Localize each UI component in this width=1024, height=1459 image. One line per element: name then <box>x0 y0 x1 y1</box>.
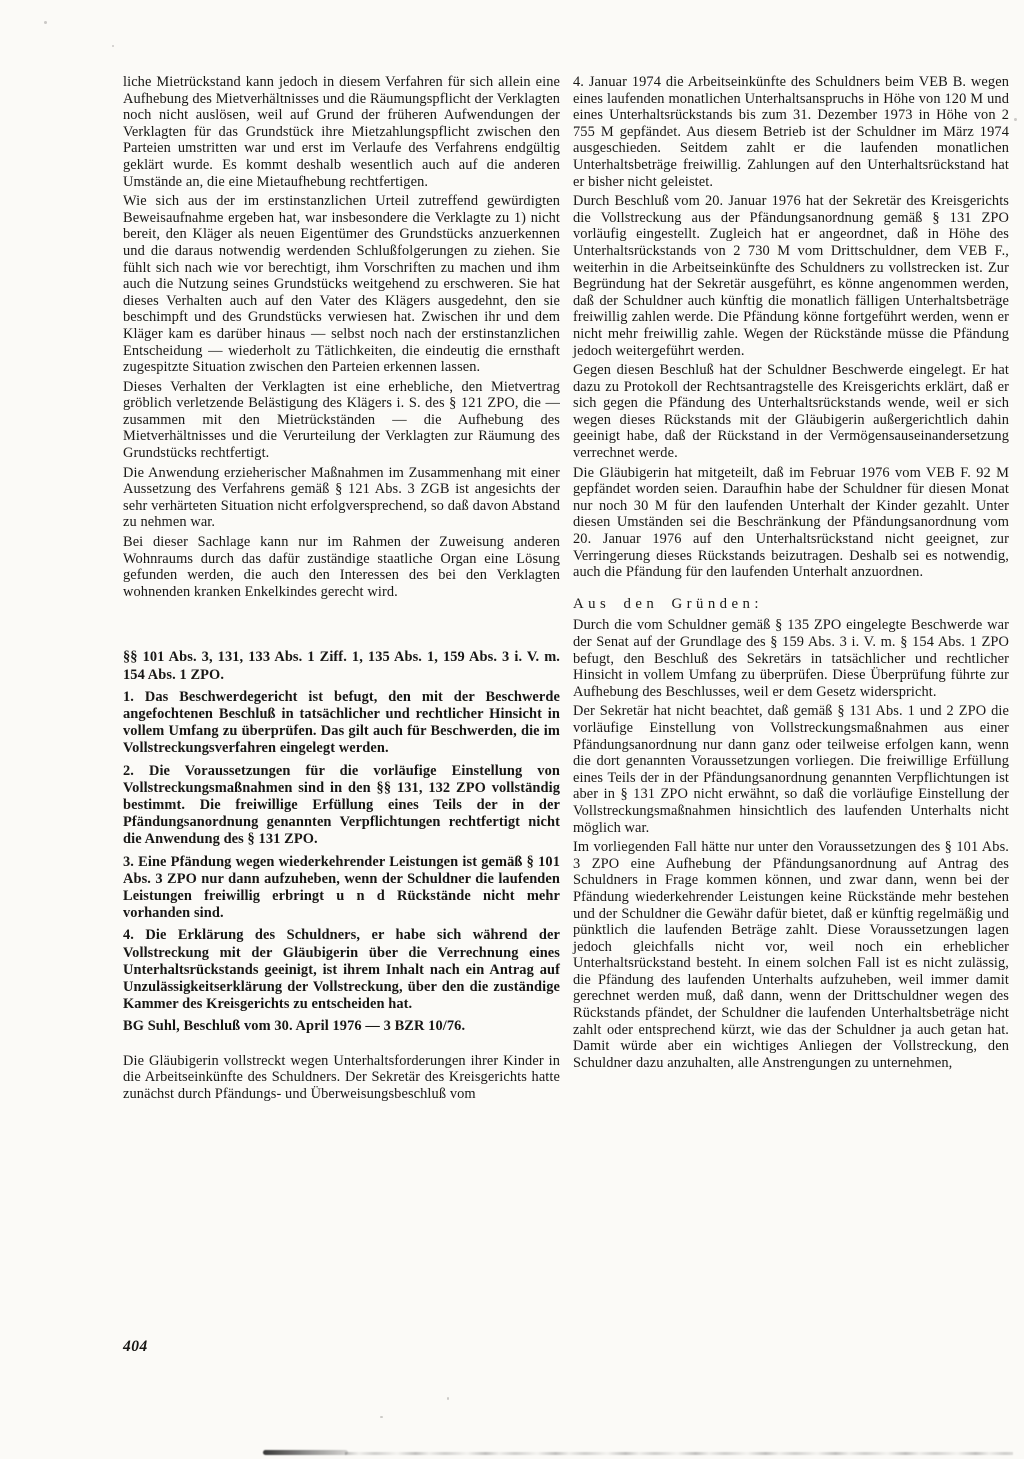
paragraph: Die Gläubigerin hat mitgeteilt, daß im F… <box>573 465 1009 581</box>
scan-speck <box>1014 118 1017 121</box>
headnote-point: 3. Eine Pfändung wegen wiederkehrender L… <box>123 854 560 923</box>
left-column: liche Mietrückstand kann jedoch in diese… <box>123 74 560 1105</box>
paragraph: liche Mietrückstand kann jedoch in diese… <box>123 74 560 190</box>
paragraph: Bei dieser Sachlage kann nur im Rahmen d… <box>123 534 560 600</box>
paragraph: Gegen diesen Beschluß hat der Schuldner … <box>573 362 1009 462</box>
paragraph: Dieses Verhalten der Verklagten ist eine… <box>123 379 560 462</box>
right-column: 4. Januar 1974 die Arbeitseinkünfte des … <box>573 74 1009 1074</box>
page-number: 404 <box>123 1338 148 1356</box>
headnote-statutes: §§ 101 Abs. 3, 131, 133 Abs. 1 Ziff. 1, … <box>123 649 560 683</box>
court-reference: BG Suhl, Beschluß vom 30. April 1976 — 3… <box>123 1018 560 1035</box>
scan-smudge-artifact <box>263 1450 348 1455</box>
scan-speck <box>44 21 47 24</box>
headnote-point: 1. Das Beschwerdegericht ist befugt, den… <box>123 689 560 758</box>
paragraph: Die Anwendung erzieherischer Maßnahmen i… <box>123 465 560 531</box>
scan-speck <box>447 1397 449 1400</box>
headnote-point: 4. Die Erklärung des Schuldners, er habe… <box>123 927 560 1013</box>
paragraph: Die Gläubigerin vollstreckt wegen Unterh… <box>123 1053 560 1103</box>
paragraph: Der Sekretär hat nicht beachtet, daß gem… <box>573 703 1009 836</box>
section-heading-reasons: Aus den Gründen: <box>573 596 1009 613</box>
scan-speck <box>380 1416 383 1418</box>
paragraph: Wie sich aus der im erstinstanzlichen Ur… <box>123 193 560 376</box>
paragraph: Im vorliegenden Fall hätte nur unter den… <box>573 839 1009 1071</box>
paragraph: 4. Januar 1974 die Arbeitseinkünfte des … <box>573 74 1009 190</box>
paragraph: Durch Beschluß vom 20. Januar 1976 hat d… <box>573 193 1009 359</box>
scan-speck <box>112 45 114 47</box>
scan-smudge-artifact <box>345 1452 1013 1455</box>
headnote-point: 2. Die Voraussetzungen für die vorläufig… <box>123 763 560 849</box>
journal-page: liche Mietrückstand kann jedoch in diese… <box>0 0 1024 1459</box>
paragraph: Durch die vom Schuldner gemäß § 135 ZPO … <box>573 617 1009 700</box>
